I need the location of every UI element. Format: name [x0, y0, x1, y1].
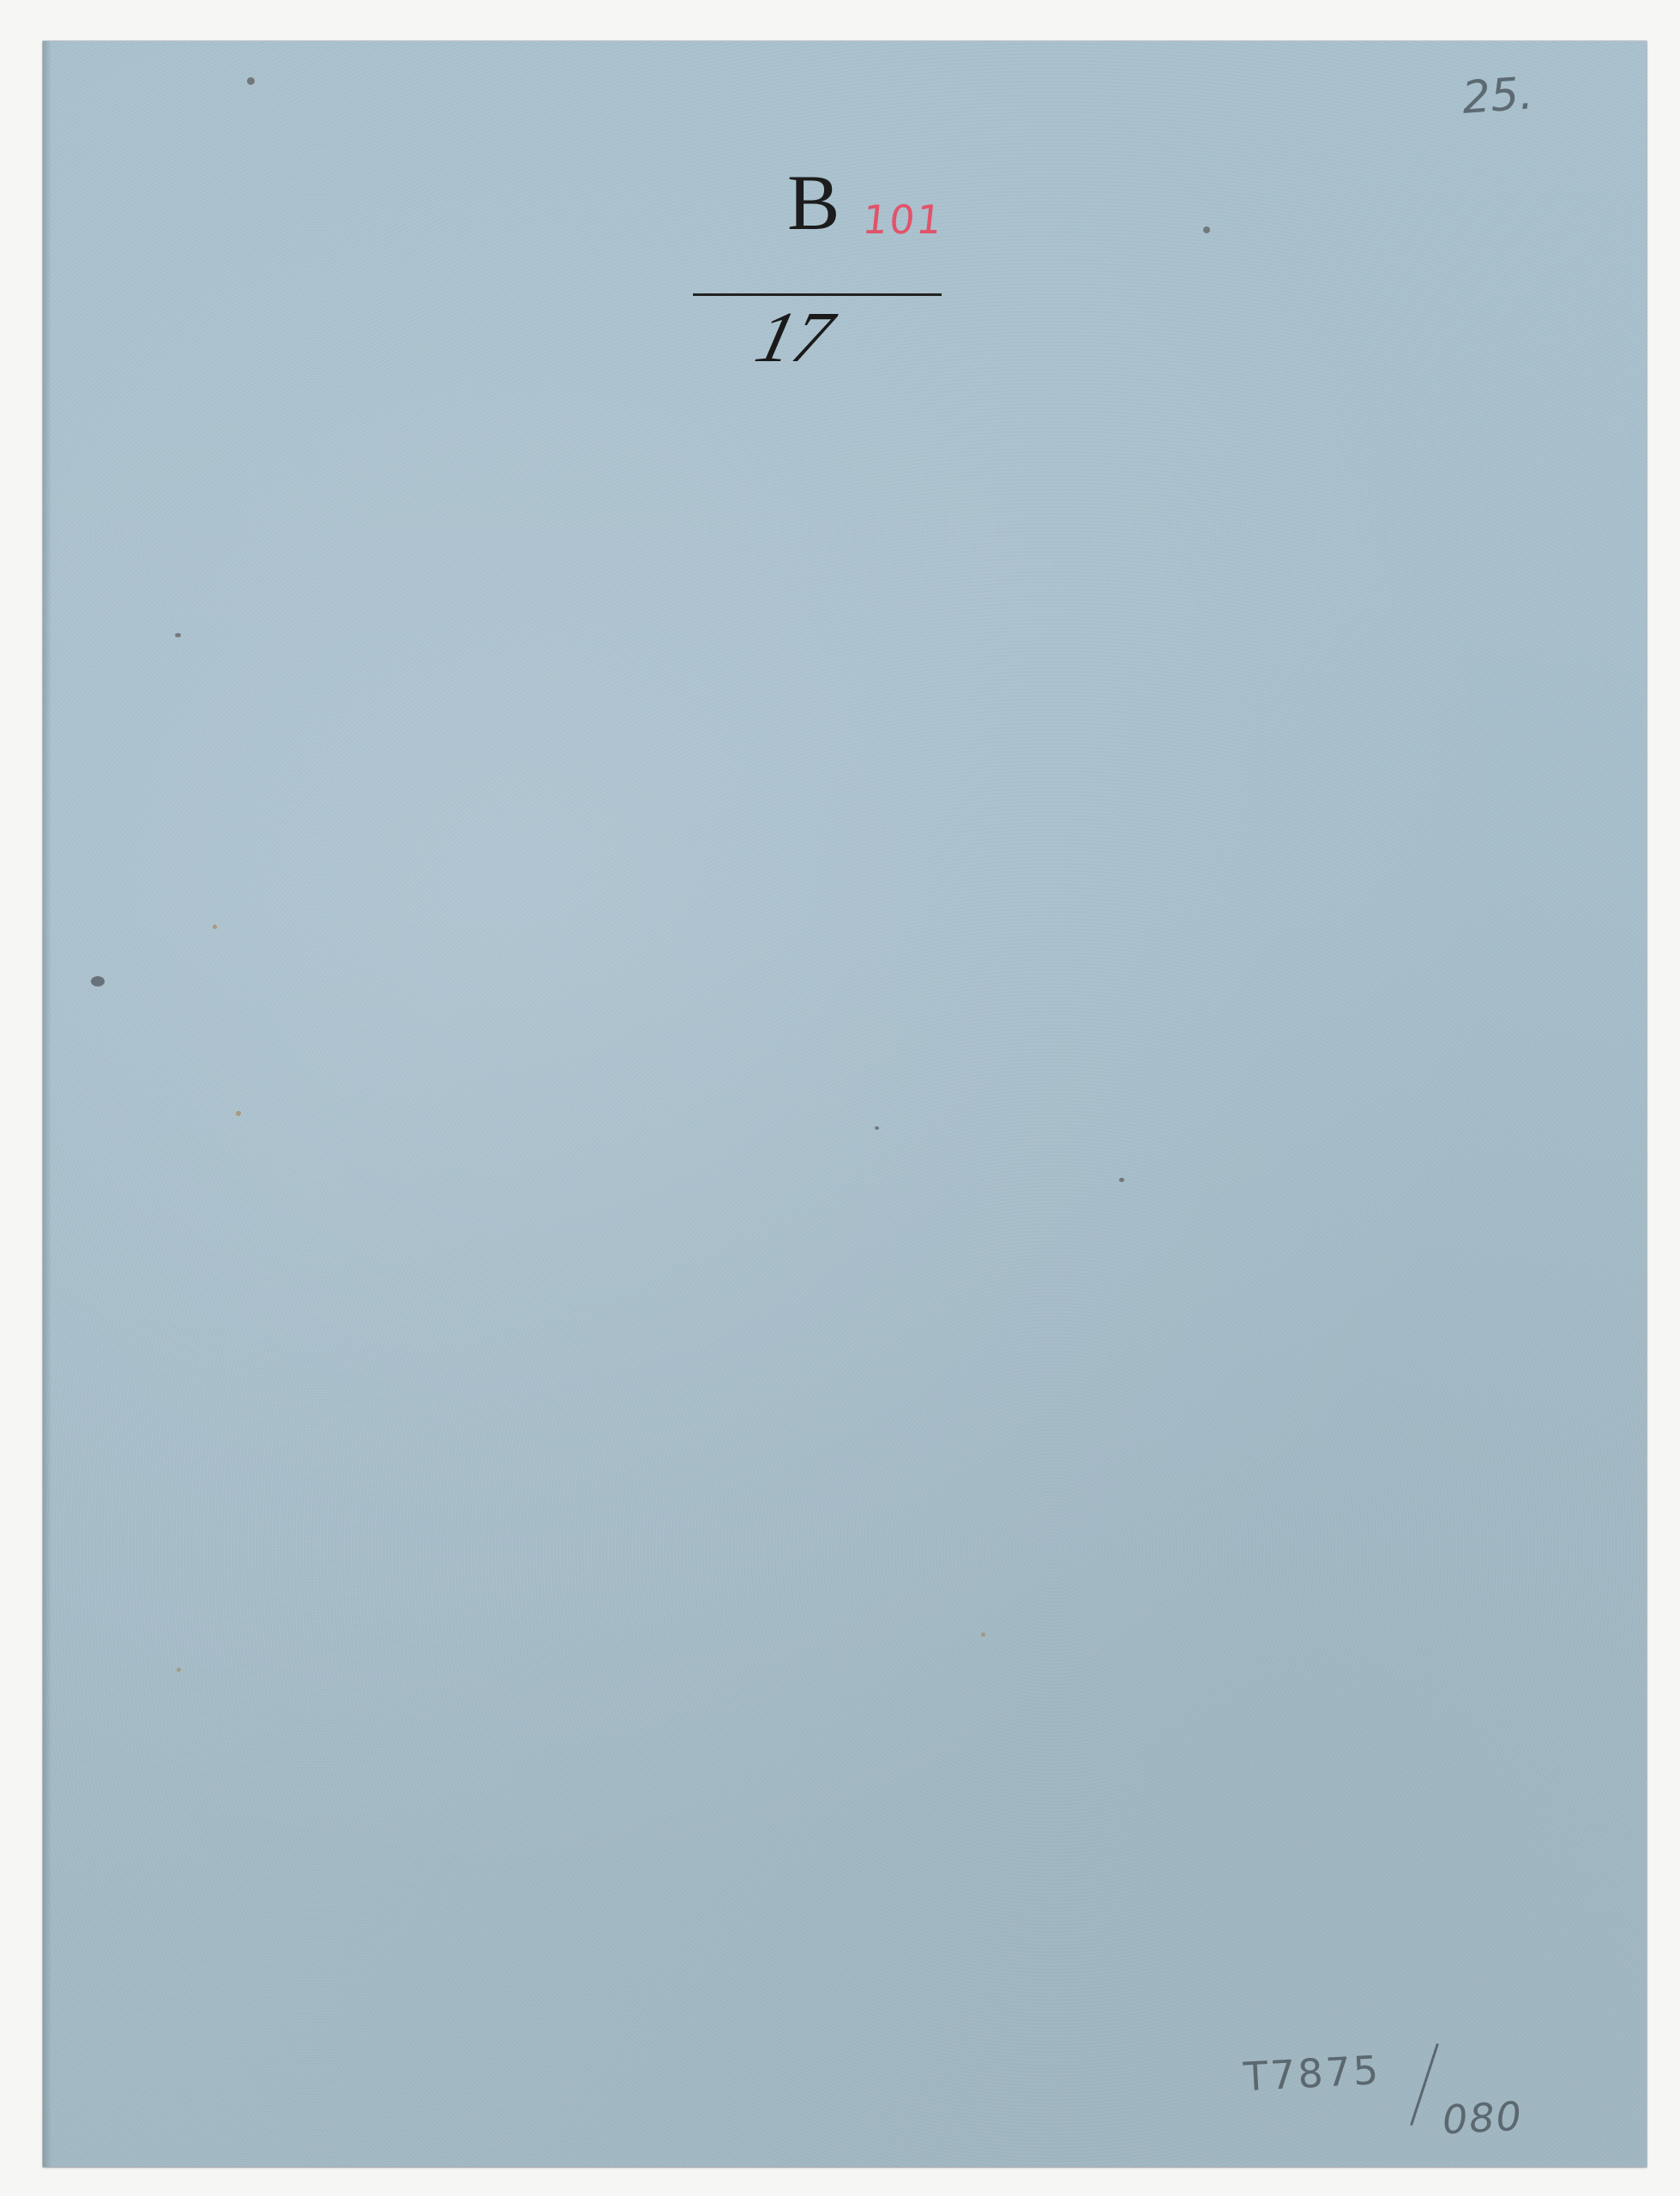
paper-speck	[236, 1111, 241, 1116]
paper-speck	[91, 976, 105, 986]
paper-speck	[177, 1668, 181, 1672]
paper-speck	[1203, 226, 1210, 233]
shelfmark: B 101 17	[693, 160, 950, 383]
archive-code-bottom: 080	[1442, 2093, 1525, 2144]
archive-code: T7875 080	[1243, 2050, 1587, 2170]
paper-speck	[175, 633, 181, 637]
shelfmark-red-number: 101	[860, 194, 946, 245]
paper-speck	[1119, 1178, 1124, 1182]
archive-code-slash	[1410, 2043, 1439, 2126]
archive-code-top: T7875	[1243, 2047, 1382, 2100]
left-fold-edge	[43, 41, 51, 2167]
shelfmark-number: 17	[748, 295, 841, 381]
folio-number: 25.	[1460, 68, 1535, 124]
paper-speck	[981, 1632, 985, 1637]
shelfmark-letter: B	[787, 160, 840, 245]
paper-speck	[875, 1126, 879, 1130]
paper-speck	[247, 77, 255, 85]
paper-speck	[213, 925, 217, 929]
